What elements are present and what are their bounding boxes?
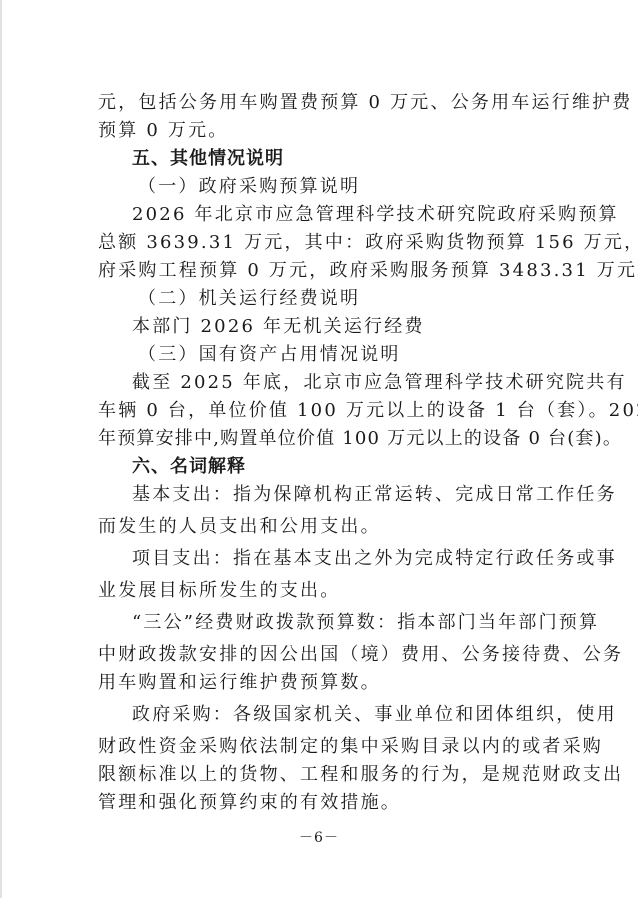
- section-heading-glossary: 六、名词解释: [132, 456, 592, 478]
- paragraph-line: 本部门 2026 年无机关运行经费: [132, 316, 592, 338]
- subsection-heading-assets: （三）国有资产占用情况说明: [138, 344, 598, 366]
- paragraph-line: 而发生的人员支出和公用支出。: [98, 516, 558, 538]
- paragraph-line: 财政性资金采购依法制定的集中采购目录以内的或者采购: [98, 736, 558, 758]
- paragraph-line: 年预算安排中,购置单位价值 100 万元以上的设备 0 台(套)。: [98, 428, 558, 450]
- paragraph-line: 限额标准以上的货物、工程和服务的行为，是规范财政支出: [98, 764, 558, 786]
- document-page: 元，包括公务用车购置费预算 0 万元、公务用车运行维护费 预算 0 万元。 五、…: [0, 0, 638, 898]
- paragraph-line: 项目支出：指在基本支出之外为完成特定行政任务或事: [132, 548, 592, 570]
- paragraph-line: 基本支出：指为保障机构正常运转、完成日常工作任务: [132, 484, 592, 506]
- paragraph-line: 业发展目标所发生的支出。: [98, 580, 558, 602]
- paragraph-line: 2026 年北京市应急管理科学技术研究院政府采购预算: [132, 204, 592, 226]
- paragraph-line: 政府采购：各级国家机关、事业单位和团体组织，使用: [132, 704, 592, 726]
- paragraph-line: 管理和强化预算约束的有效措施。: [98, 792, 558, 814]
- paragraph-line: “三公”经费财政拨款预算数：指本部门当年部门预算: [132, 612, 592, 634]
- paragraph-line: 截至 2025 年底，北京市应急管理科学技术研究院共有: [132, 372, 592, 394]
- paragraph-line: 元，包括公务用车购置费预算 0 万元、公务用车运行维护费: [98, 92, 558, 114]
- paragraph-line: 车辆 0 台，单位价值 100 万元以上的设备 1 台（套）。2026: [98, 400, 558, 422]
- paragraph-line: 预算 0 万元。: [98, 120, 558, 142]
- page-number: －6－: [0, 827, 638, 847]
- section-heading-other-info: 五、其他情况说明: [132, 148, 592, 170]
- subsection-heading-operating-funds: （二）机关运行经费说明: [138, 288, 598, 310]
- paragraph-line: 中财政拨款安排的因公出国（境）费用、公务接待费、公务: [98, 644, 558, 666]
- paragraph-line: 用车购置和运行维护费预算数。: [98, 672, 558, 694]
- paragraph-line: 府采购工程预算 0 万元，政府采购服务预算 3483.31 万元。: [98, 260, 558, 282]
- subsection-heading-procurement: （一）政府采购预算说明: [138, 176, 598, 198]
- paragraph-line: 总额 3639.31 万元，其中：政府采购货物预算 156 万元，政: [98, 232, 558, 254]
